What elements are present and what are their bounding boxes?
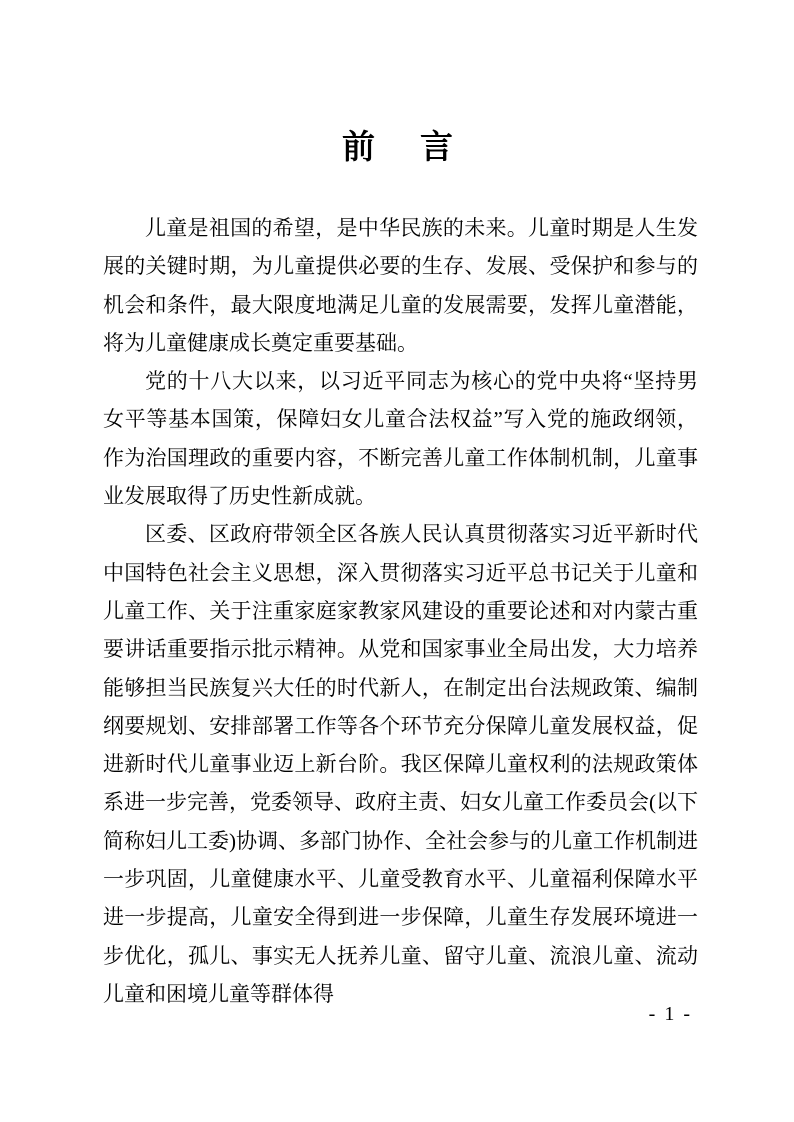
paragraph: 儿童是祖国的希望，是中华民族的未来。儿童时期是人生发展的关键时期，为儿童提供必要…: [103, 209, 698, 362]
page-title: 前 言: [103, 129, 698, 167]
paragraph: 党的十八大以来，以习近平同志为核心的党中央将“坚持男女平等基本国策，保障妇女儿童…: [103, 362, 698, 515]
paragraph: 区委、区政府带领全区各族人民认真贯彻落实习近平新时代中国特色社会主义思想，深入贯…: [103, 515, 698, 1013]
document-body: 儿童是祖国的希望，是中华民族的未来。儿童时期是人生发展的关键时期，为儿童提供必要…: [103, 209, 698, 1013]
page-number: - 1 -: [649, 1003, 692, 1025]
document-page: 前 言 儿童是祖国的希望，是中华民族的未来。儿童时期是人生发展的关键时期，为儿童…: [0, 0, 794, 1122]
